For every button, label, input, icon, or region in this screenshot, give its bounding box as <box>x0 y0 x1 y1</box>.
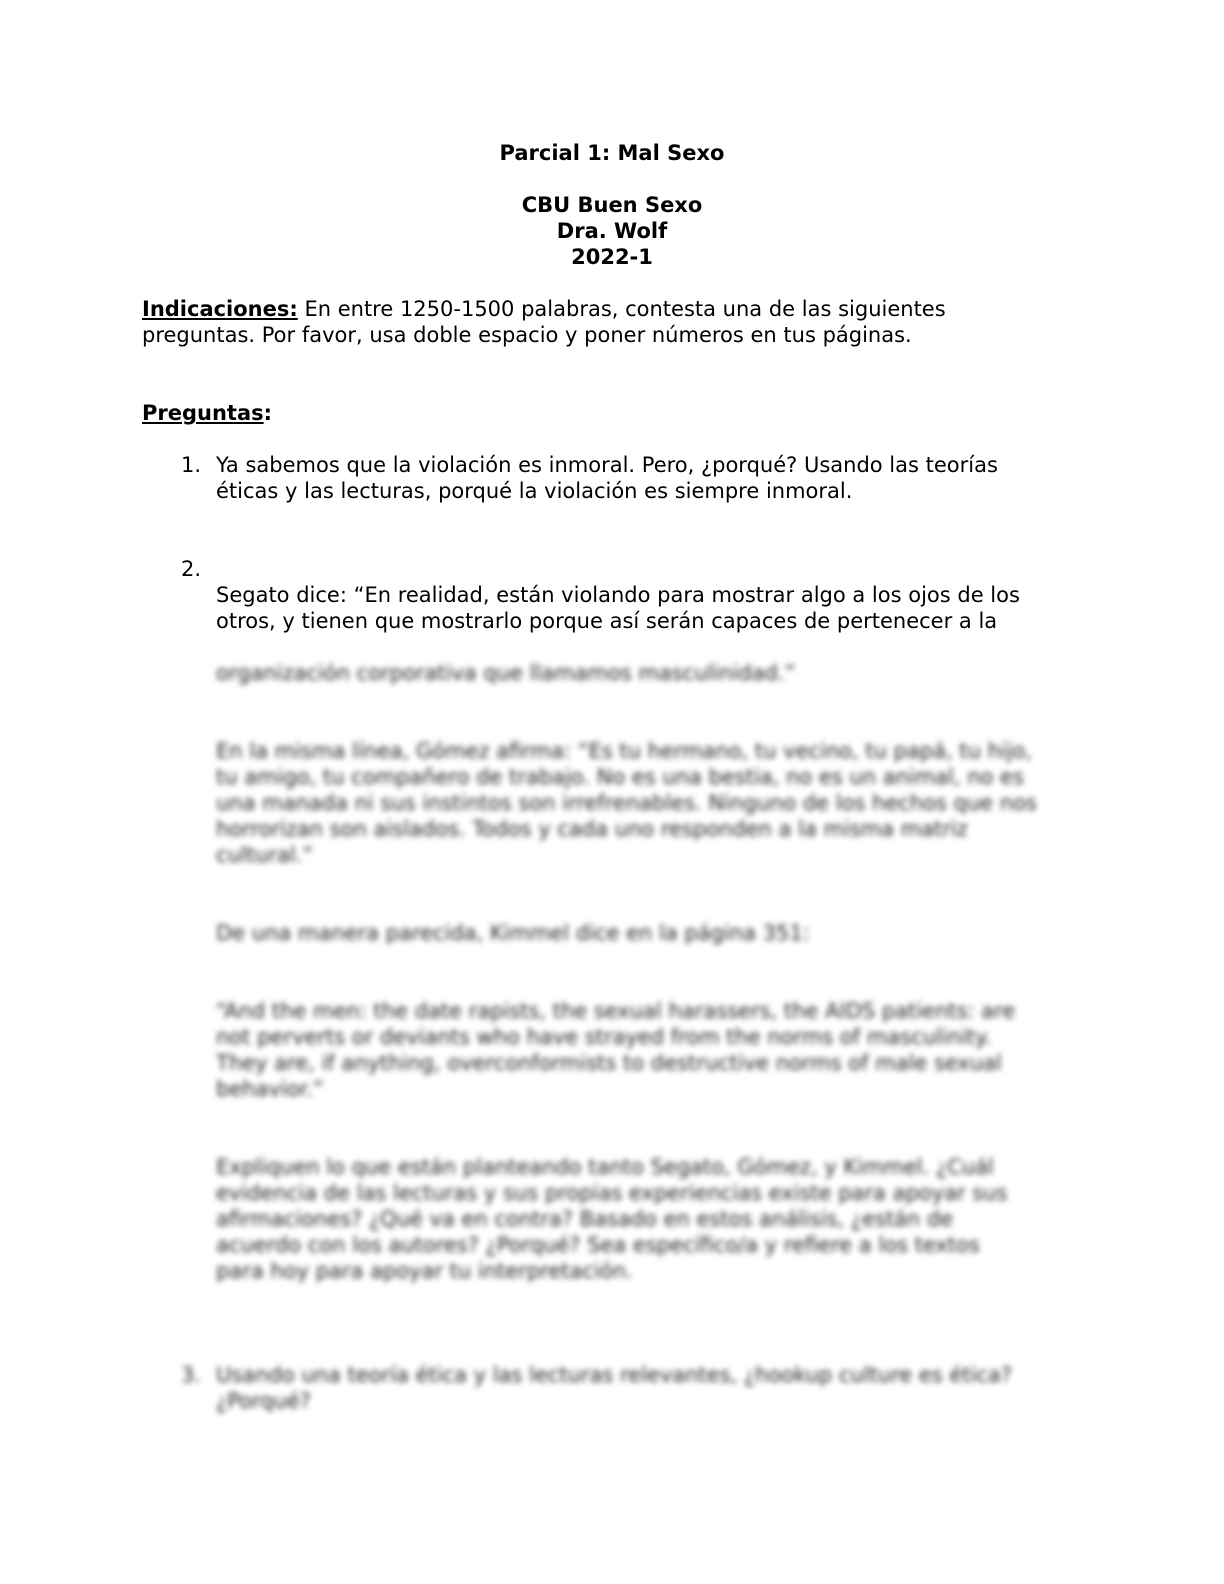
question-3-text: Usando una teoría ética y las lecturas r… <box>216 1362 1082 1414</box>
question-2-number: 2. <box>181 556 201 582</box>
instructor-name: Dra. Wolf <box>142 218 1082 244</box>
question-3-number: 3. <box>181 1362 201 1388</box>
questions-heading: Preguntas: <box>142 400 1082 426</box>
question-2-blurred-paragraph-kimmel-quote: “And the men: the date rapists, the sexu… <box>216 998 1082 1102</box>
question-2-intro: Segato dice: “En realidad, están violand… <box>216 582 1082 634</box>
question-1-number: 1. <box>181 452 201 478</box>
questions-heading-label: Preguntas <box>142 401 264 425</box>
course-name: CBU Buen Sexo <box>142 192 1082 218</box>
term-label: 2022-1 <box>142 244 1082 270</box>
instructions-paragraph: Indicaciones: En entre 1250-1500 palabra… <box>142 296 1082 348</box>
questions-heading-colon: : <box>264 401 272 425</box>
document-page: Parcial 1: Mal Sexo CBU Buen Sexo Dra. W… <box>0 0 1224 1584</box>
question-item-3: 3. Usando una teoría ética y las lectura… <box>142 1362 1082 1414</box>
question-2-blurred-paragraph-prompt: Expliquen lo que están planteando tanto … <box>216 1154 1082 1284</box>
question-item-2: 2. Segato dice: “En realidad, están viol… <box>142 556 1082 1310</box>
question-2-intro-blurred-line: organización corporativa que llamamos ma… <box>216 660 1082 686</box>
question-item-1: 1. Ya sabemos que la violación es inmora… <box>142 452 1082 504</box>
question-2-blurred-paragraph-gomez: En la misma línea, Gómez afirma: “Es tu … <box>216 738 1082 868</box>
document-title: Parcial 1: Mal Sexo <box>142 140 1082 166</box>
question-2-text: Segato dice: “En realidad, están violand… <box>216 556 1082 1310</box>
question-2-blurred-paragraph-kimmel-intro: De una manera parecida, Kimmel dice en l… <box>216 920 1082 946</box>
instructions-label: Indicaciones: <box>142 297 298 321</box>
question-1-text: Ya sabemos que la violación es inmoral. … <box>216 452 1082 504</box>
